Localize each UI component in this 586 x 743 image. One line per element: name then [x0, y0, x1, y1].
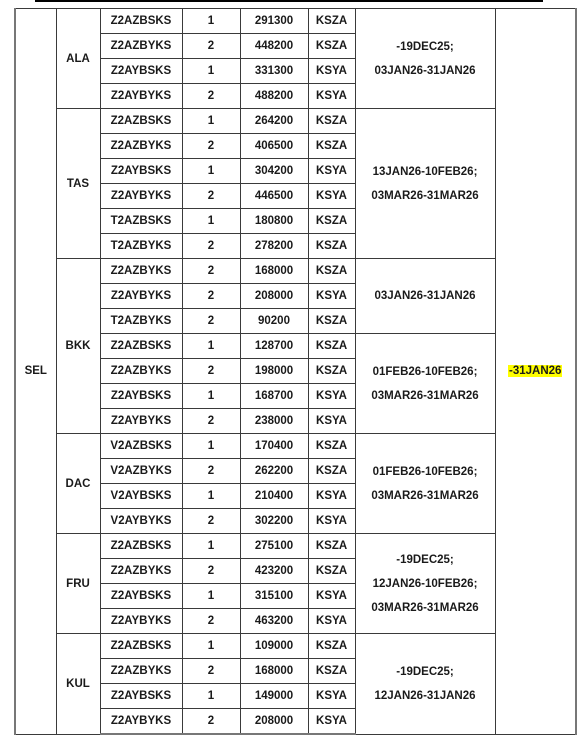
fare-code-cell: V2AYBSKS: [100, 484, 182, 509]
price-cell: 448200: [240, 34, 308, 59]
travel-dates-cell: -19DEC25;12JAN26-31JAN26: [355, 634, 495, 735]
class-code-cell: KSYA: [308, 84, 355, 109]
price-cell: 208000: [240, 709, 308, 735]
seat-count-cell: 2: [182, 409, 240, 434]
fare-row: TASZ2AZBSKS1264200KSZA13JAN26-10FEB26;03…: [15, 109, 576, 134]
price-cell: 170400: [240, 434, 308, 459]
highlighted-validity-date: -31JAN26: [508, 365, 562, 377]
price-cell: 168700: [240, 384, 308, 409]
price-cell: 198000: [240, 359, 308, 384]
seat-count-cell: 2: [182, 709, 240, 735]
seat-count-cell: 2: [182, 184, 240, 209]
seat-count-cell: 1: [182, 109, 240, 134]
class-code-cell: KSZA: [308, 634, 355, 659]
fare-code-cell: Z2AZBYKS: [100, 559, 182, 584]
class-code-cell: KSYA: [308, 709, 355, 735]
fare-code-cell: V2AZBSKS: [100, 434, 182, 459]
class-code-cell: KSZA: [308, 459, 355, 484]
fare-row: DACV2AZBSKS1170400KSZA01FEB26-10FEB26;03…: [15, 434, 576, 459]
class-code-cell: KSYA: [308, 409, 355, 434]
class-code-cell: KSZA: [308, 9, 355, 34]
price-cell: 210400: [240, 484, 308, 509]
price-cell: 423200: [240, 559, 308, 584]
seat-count-cell: 1: [182, 384, 240, 409]
price-cell: 291300: [240, 9, 308, 34]
fare-code-cell: Z2AYBYKS: [100, 184, 182, 209]
class-code-cell: KSZA: [308, 34, 355, 59]
travel-date-range: 12JAN26-10FEB26;: [356, 572, 495, 596]
fare-code-cell: Z2AZBSKS: [100, 109, 182, 134]
fare-row: Z2AZBSKS1128700KSZA01FEB26-10FEB26;03MAR…: [15, 334, 576, 359]
fare-code-cell: T2AZBYKS: [100, 234, 182, 259]
travel-dates-cell: 13JAN26-10FEB26;03MAR26-31MAR26: [355, 109, 495, 259]
fare-code-cell: Z2AZBYKS: [100, 134, 182, 159]
fare-table: SELALAZ2AZBSKS1291300KSZA-19DEC25;03JAN2…: [14, 8, 577, 735]
fare-code-cell: Z2AYBYKS: [100, 609, 182, 634]
seat-count-cell: 2: [182, 134, 240, 159]
seat-count-cell: 1: [182, 434, 240, 459]
fare-code-cell: Z2AYBYKS: [100, 284, 182, 309]
seat-count-cell: 2: [182, 559, 240, 584]
price-cell: 264200: [240, 109, 308, 134]
fare-code-cell: Z2AYBYKS: [100, 84, 182, 109]
fare-code-cell: Z2AYBSKS: [100, 384, 182, 409]
travel-dates-cell: 01FEB26-10FEB26;03MAR26-31MAR26: [355, 334, 495, 434]
class-code-cell: KSZA: [308, 234, 355, 259]
fare-code-cell: Z2AZBYKS: [100, 259, 182, 284]
top-rule: [35, 0, 543, 2]
class-code-cell: KSZA: [308, 109, 355, 134]
origin-cell: SEL: [15, 9, 56, 735]
seat-count-cell: 1: [182, 534, 240, 559]
class-code-cell: KSYA: [308, 59, 355, 84]
travel-date-range: 03JAN26-31JAN26: [356, 284, 495, 308]
fare-code-cell: Z2AYBSKS: [100, 584, 182, 609]
price-cell: 275100: [240, 534, 308, 559]
price-cell: 488200: [240, 84, 308, 109]
price-cell: 208000: [240, 284, 308, 309]
class-code-cell: KSZA: [308, 209, 355, 234]
seat-count-cell: 2: [182, 459, 240, 484]
seat-count-cell: 1: [182, 484, 240, 509]
fare-code-cell: Z2AYBSKS: [100, 59, 182, 84]
class-code-cell: KSYA: [308, 509, 355, 534]
fare-code-cell: Z2AZBYKS: [100, 359, 182, 384]
class-code-cell: KSZA: [308, 434, 355, 459]
fare-row: FRUZ2AZBSKS1275100KSZA-19DEC25;12JAN26-1…: [15, 534, 576, 559]
price-cell: 180800: [240, 209, 308, 234]
seat-count-cell: 1: [182, 584, 240, 609]
validity-cell: -31JAN26: [495, 9, 576, 735]
fare-code-cell: Z2AZBSKS: [100, 534, 182, 559]
class-code-cell: KSZA: [308, 534, 355, 559]
travel-date-range: 03JAN26-31JAN26: [356, 59, 495, 83]
travel-date-range: 03MAR26-31MAR26: [356, 596, 495, 620]
class-code-cell: KSYA: [308, 159, 355, 184]
travel-date-range: 12JAN26-31JAN26: [356, 684, 495, 708]
price-cell: 109000: [240, 634, 308, 659]
fare-code-cell: T2AZBSKS: [100, 209, 182, 234]
seat-count-cell: 1: [182, 159, 240, 184]
seat-count-cell: 2: [182, 309, 240, 334]
seat-count-cell: 2: [182, 609, 240, 634]
price-cell: 168000: [240, 659, 308, 684]
price-cell: 302200: [240, 509, 308, 534]
travel-date-range: 03MAR26-31MAR26: [356, 384, 495, 408]
fare-table-body: SELALAZ2AZBSKS1291300KSZA-19DEC25;03JAN2…: [15, 9, 576, 735]
price-cell: 331300: [240, 59, 308, 84]
price-cell: 128700: [240, 334, 308, 359]
fare-code-cell: V2AZBYKS: [100, 459, 182, 484]
seat-count-cell: 2: [182, 234, 240, 259]
price-cell: 446500: [240, 184, 308, 209]
class-code-cell: KSYA: [308, 184, 355, 209]
price-cell: 168000: [240, 259, 308, 284]
travel-date-range: -19DEC25;: [356, 35, 495, 59]
fare-code-cell: V2AYBYKS: [100, 509, 182, 534]
fare-code-cell: Z2AYBSKS: [100, 684, 182, 709]
fare-code-cell: Z2AZBYKS: [100, 659, 182, 684]
seat-count-cell: 1: [182, 634, 240, 659]
price-cell: 238000: [240, 409, 308, 434]
class-code-cell: KSYA: [308, 384, 355, 409]
travel-date-range: -19DEC25;: [356, 548, 495, 572]
class-code-cell: KSYA: [308, 584, 355, 609]
travel-dates-cell: 03JAN26-31JAN26: [355, 259, 495, 334]
class-code-cell: KSYA: [308, 484, 355, 509]
travel-date-range: 01FEB26-10FEB26;: [356, 360, 495, 384]
seat-count-cell: 2: [182, 34, 240, 59]
fare-row: KULZ2AZBSKS1109000KSZA-19DEC25;12JAN26-3…: [15, 634, 576, 659]
class-code-cell: KSZA: [308, 259, 355, 284]
seat-count-cell: 2: [182, 259, 240, 284]
fare-code-cell: Z2AYBYKS: [100, 709, 182, 735]
destination-cell: KUL: [56, 634, 100, 735]
travel-dates-cell: -19DEC25;12JAN26-10FEB26;03MAR26-31MAR26: [355, 534, 495, 634]
travel-date-range: 13JAN26-10FEB26;: [356, 160, 495, 184]
destination-cell: FRU: [56, 534, 100, 634]
seat-count-cell: 2: [182, 284, 240, 309]
travel-dates-cell: -19DEC25;03JAN26-31JAN26: [355, 9, 495, 109]
price-cell: 90200: [240, 309, 308, 334]
fare-row: SELALAZ2AZBSKS1291300KSZA-19DEC25;03JAN2…: [15, 9, 576, 34]
fare-code-cell: Z2AZBSKS: [100, 9, 182, 34]
seat-count-cell: 1: [182, 9, 240, 34]
seat-count-cell: 1: [182, 684, 240, 709]
class-code-cell: KSZA: [308, 309, 355, 334]
seat-count-cell: 1: [182, 59, 240, 84]
price-cell: 463200: [240, 609, 308, 634]
fare-code-cell: Z2AZBYKS: [100, 34, 182, 59]
fare-code-cell: Z2AYBYKS: [100, 409, 182, 434]
price-cell: 315100: [240, 584, 308, 609]
fare-row: BKKZ2AZBYKS2168000KSZA03JAN26-31JAN26: [15, 259, 576, 284]
destination-cell: TAS: [56, 109, 100, 259]
class-code-cell: KSZA: [308, 659, 355, 684]
price-cell: 304200: [240, 159, 308, 184]
seat-count-cell: 2: [182, 359, 240, 384]
travel-dates-cell: 01FEB26-10FEB26;03MAR26-31MAR26: [355, 434, 495, 534]
seat-count-cell: 2: [182, 84, 240, 109]
travel-date-range: -19DEC25;: [356, 660, 495, 684]
seat-count-cell: 2: [182, 659, 240, 684]
price-cell: 278200: [240, 234, 308, 259]
price-cell: 149000: [240, 684, 308, 709]
price-cell: 262200: [240, 459, 308, 484]
travel-date-range: 01FEB26-10FEB26;: [356, 460, 495, 484]
seat-count-cell: 2: [182, 509, 240, 534]
class-code-cell: KSZA: [308, 359, 355, 384]
fare-code-cell: Z2AZBSKS: [100, 334, 182, 359]
travel-date-range: 03MAR26-31MAR26: [356, 484, 495, 508]
price-cell: 406500: [240, 134, 308, 159]
class-code-cell: KSZA: [308, 559, 355, 584]
seat-count-cell: 1: [182, 209, 240, 234]
fare-code-cell: T2AZBYKS: [100, 309, 182, 334]
seat-count-cell: 1: [182, 334, 240, 359]
fare-code-cell: Z2AYBSKS: [100, 159, 182, 184]
class-code-cell: KSZA: [308, 134, 355, 159]
travel-date-range: 03MAR26-31MAR26: [356, 184, 495, 208]
fare-code-cell: Z2AZBSKS: [100, 634, 182, 659]
destination-cell: DAC: [56, 434, 100, 534]
class-code-cell: KSYA: [308, 609, 355, 634]
class-code-cell: KSYA: [308, 284, 355, 309]
destination-cell: BKK: [56, 259, 100, 434]
destination-cell: ALA: [56, 9, 100, 109]
class-code-cell: KSZA: [308, 334, 355, 359]
class-code-cell: KSYA: [308, 684, 355, 709]
